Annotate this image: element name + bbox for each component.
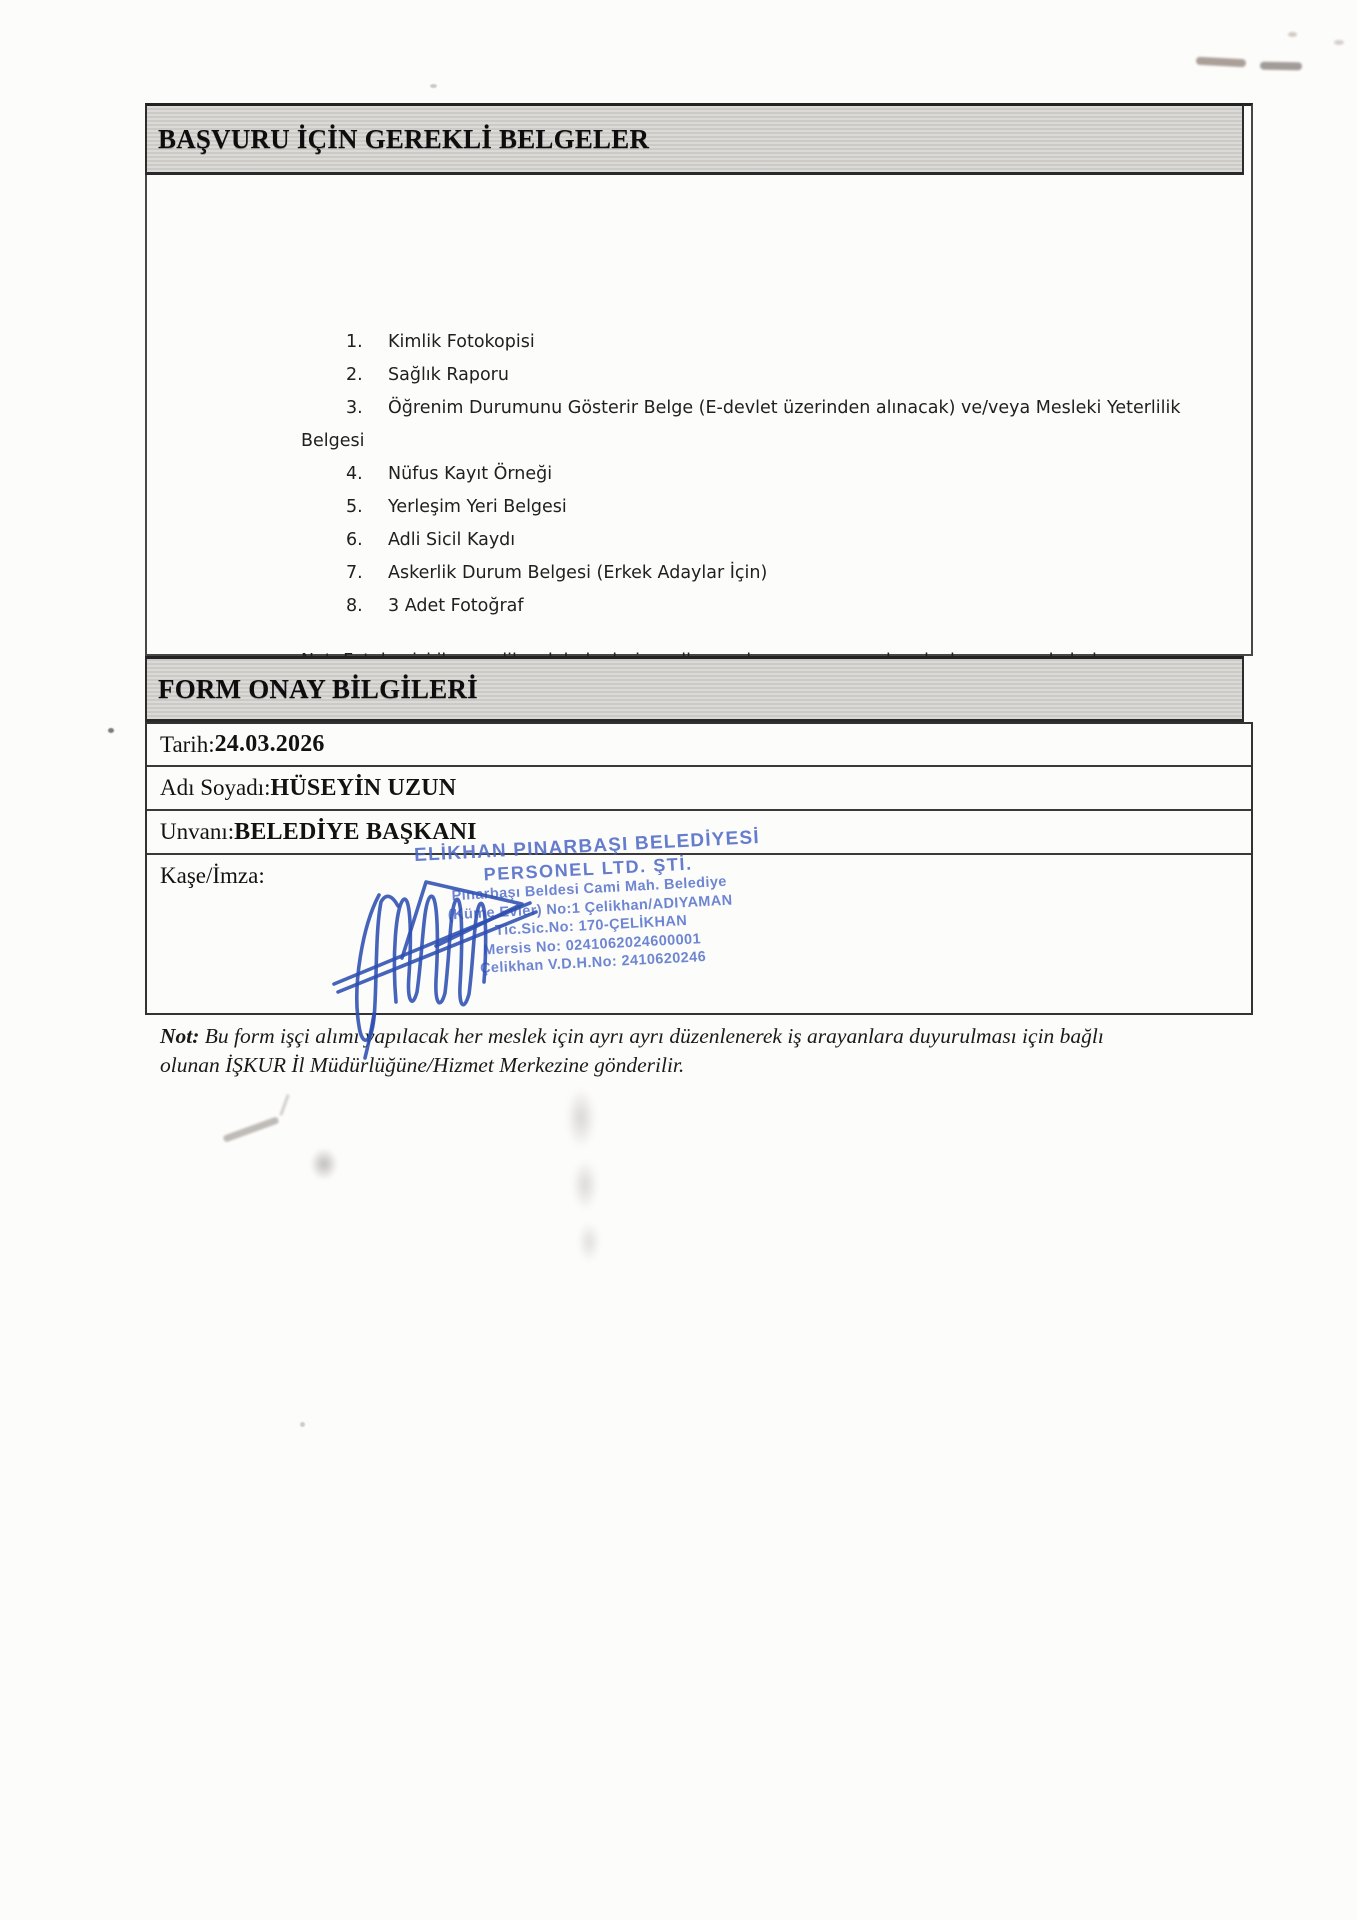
- field-row-name: Adı Soyadı:HÜSEYİN UZUN: [147, 767, 1251, 811]
- footer-note-prefix: Not:: [160, 1024, 199, 1048]
- list-item: 6. Adli Sicil Kaydı: [301, 524, 1301, 557]
- list-item-text: Adli Sicil Kaydı: [388, 530, 515, 550]
- section-header-required-documents: BAŞVURU İÇİN GEREKLİ BELGELER: [145, 103, 1244, 175]
- section-title: BAŞVURU İÇİN GEREKLİ BELGELER: [147, 124, 649, 155]
- scan-artifact-smudge: [578, 1222, 600, 1262]
- scan-artifact-slash: [279, 1094, 289, 1116]
- list-item-text: Öğrenim Durumunu Gösterir Belge (E-devle…: [388, 398, 1181, 418]
- scan-artifact-smudge: [572, 1160, 598, 1210]
- scan-artifact-dash: [1260, 62, 1302, 71]
- section-title: FORM ONAY BİLGİLERİ: [147, 674, 478, 705]
- list-item-text: Nüfus Kayıt Örneği: [388, 464, 552, 484]
- list-item-text: 3 Adet Fotoğraf: [388, 596, 524, 616]
- list-item: 3. Öğrenim Durumunu Gösterir Belge (E-de…: [301, 392, 1301, 425]
- signature-scribble: [320, 860, 610, 1070]
- scan-artifact-speck: [1334, 40, 1344, 45]
- field-value: HÜSEYİN UZUN: [271, 775, 457, 802]
- field-value: 24.03.2026: [215, 731, 325, 758]
- list-item-wrap-line: Belgesi: [301, 425, 1301, 458]
- list-item-text: Askerlik Durum Belgesi (Erkek Adaylar İç…: [388, 563, 767, 583]
- field-label: Kaşe/İmza:: [160, 863, 265, 889]
- required-documents-section: 1. Kimlik Fotokopisi 2. Sağlık Raporu 3.…: [145, 103, 1253, 656]
- list-item: 4. Nüfus Kayıt Örneği: [301, 458, 1301, 491]
- field-value: BELEDİYE BAŞKANI: [234, 819, 477, 846]
- scan-artifact-pencil-mark: [223, 1116, 280, 1142]
- list-item-number: 8.: [346, 590, 363, 623]
- list-item-number: 3.: [346, 392, 363, 425]
- list-item-number: 7.: [346, 557, 363, 590]
- section-header-form-approval: FORM ONAY BİLGİLERİ: [145, 656, 1244, 722]
- scan-artifact-dot: [108, 728, 114, 733]
- list-item-number: 5.: [346, 491, 363, 524]
- list-item-number: 2.: [346, 359, 363, 392]
- list-item-text: Sağlık Raporu: [388, 365, 509, 385]
- field-label: Tarih:: [160, 732, 215, 758]
- field-row-date: Tarih:24.03.2026: [147, 724, 1251, 767]
- scan-artifact-dot: [300, 1422, 305, 1427]
- required-documents-list: 1. Kimlik Fotokopisi 2. Sağlık Raporu 3.…: [301, 326, 1301, 705]
- field-label: Unvanı:: [160, 819, 234, 845]
- scanned-form-page: 1. Kimlik Fotokopisi 2. Sağlık Raporu 3.…: [0, 0, 1357, 1920]
- list-item-number: 6.: [346, 524, 363, 557]
- scan-artifact-speck: [430, 84, 437, 88]
- list-item: 5. Yerleşim Yeri Belgesi: [301, 491, 1301, 524]
- list-item-text: Yerleşim Yeri Belgesi: [388, 497, 567, 517]
- field-label: Adı Soyadı:: [160, 775, 271, 801]
- list-item-text: Kimlik Fotokopisi: [388, 332, 535, 352]
- scan-artifact-smudge: [310, 1148, 338, 1180]
- list-item: 1. Kimlik Fotokopisi: [301, 326, 1301, 359]
- list-item: 8. 3 Adet Fotoğraf: [301, 590, 1301, 623]
- list-item-number: 1.: [346, 326, 363, 359]
- scan-artifact-dash: [1196, 57, 1246, 68]
- scan-artifact-smudge: [566, 1088, 596, 1148]
- list-item-number: 4.: [346, 458, 363, 491]
- scan-artifact-speck: [1288, 32, 1297, 37]
- list-item: 7. Askerlik Durum Belgesi (Erkek Adaylar…: [301, 557, 1301, 590]
- list-item: 2. Sağlık Raporu: [301, 359, 1301, 392]
